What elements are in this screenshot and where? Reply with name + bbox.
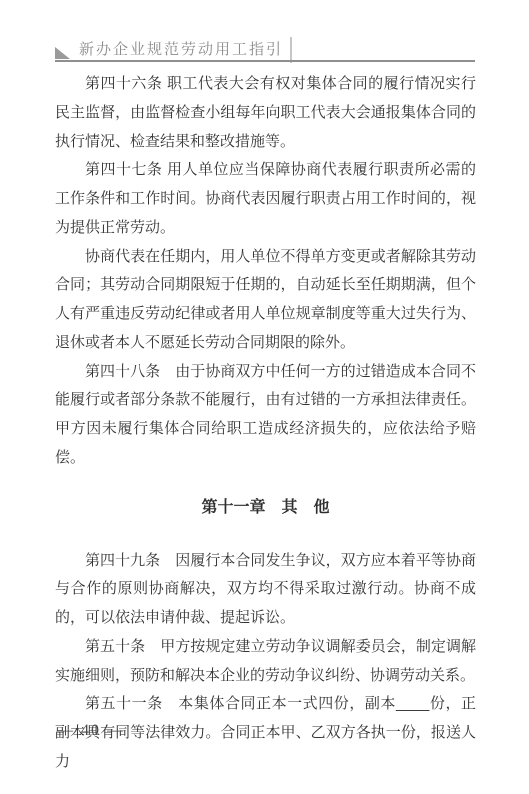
paragraph-article-47: 第四十七条 用人单位应当保障协商代表履行职责所必需的工作条件和工作时间。协商代表…	[55, 156, 476, 242]
paragraph-article-49: 第四十九条 因履行本合同发生争议，双方应本着平等协商与合作的原则协商解决，双方均…	[55, 547, 476, 633]
corner-triangle-icon	[55, 47, 70, 59]
page-header: 新办企业规范劳动用工指引	[55, 36, 292, 60]
chapter-heading: 第十一章 其 他	[55, 493, 476, 522]
document-page: 新办企业规范劳动用工指引 第四十六条 职工代表大会有权对集体合同的履行情况实行民…	[0, 0, 529, 794]
paragraph-article-48: 第四十八条 由于协商双方中任何一方的过错造成本合同不能履行或者部分条款不能履行，…	[55, 358, 476, 473]
document-body: 第四十六条 职工代表大会有权对集体合同的履行情况实行民主监督，由监督检查小组每年…	[55, 70, 476, 777]
paragraph-article-46: 第四十六条 职工代表大会有权对集体合同的履行情况实行民主监督，由监督检查小组每年…	[55, 70, 476, 156]
header-title: 新办企业规范劳动用工指引	[79, 40, 283, 60]
header-rule	[55, 60, 475, 62]
paragraph-article-47-cont: 协商代表在任期内，用人单位不得单方变更或者解除其劳动合同；其劳动合同期限短于任期…	[55, 243, 476, 358]
paragraph-article-50: 第五十条 甲方按规定建立劳动争议调解委员会，制定调解实施细则，预防和解决本企业的…	[55, 633, 476, 691]
page-number: — 40 —	[57, 722, 125, 740]
